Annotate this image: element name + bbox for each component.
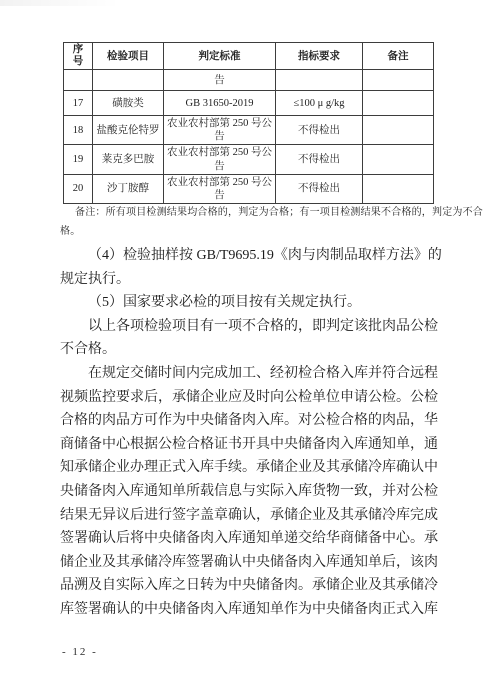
table-row: 17 磺胺类 GB 31650-2019 ≤100 μ g/kg (64, 91, 434, 116)
page-number: - 12 - (62, 646, 98, 658)
cell-standard: 农业农村部第 250 号公告 (164, 116, 276, 145)
body-line: （4）检验抽样按 GB/T9695.19《肉与肉制品取样方法》的 (60, 244, 442, 268)
cell-standard: 告 (164, 70, 276, 91)
cell-requirement: 不得检出 (276, 174, 363, 203)
remarks-note-line: 格。 (60, 222, 440, 241)
remarks-note: 备注：所有项目检测结果均合格的，判定为合格；有一项目检测结果不合格的，判定为不合… (60, 203, 440, 241)
cell-item: 盐酸克伦特罗 (93, 116, 164, 145)
table-row: 20 沙丁胺醇 农业农村部第 250 号公告 不得检出 (64, 174, 434, 203)
cell-remark (363, 174, 434, 203)
body-line: 储企业及其承储冷库签署确认中央储备肉入库通知单后，该肉 (60, 551, 442, 575)
cell-item (93, 70, 164, 91)
body-line: （5）国家要求必检的项目按有关规定执行。 (60, 291, 442, 315)
body-line: 合格的肉品方可作为中央储备肉入库。对公检合格的肉品，华 (60, 409, 442, 433)
table-header-row: 序号 检验项目 判定标准 指标要求 备注 (64, 43, 434, 70)
body-line: 结果无异议后进行签字盖章确认，承储企业及其承储冷库完成 (60, 504, 442, 528)
cell-serial (64, 70, 93, 91)
cell-remark (363, 116, 434, 145)
body-line: 库签署确认的中央储备肉入库通知单作为中央储备肉正式入库 (60, 598, 442, 622)
cell-item: 沙丁胺醇 (93, 174, 164, 203)
header-inspection-item: 检验项目 (93, 43, 164, 70)
scan-artifact (0, 0, 120, 6)
body-line: 商储备中心根据公检合格证书开具中央储备肉入库通知单，通 (60, 433, 442, 457)
header-judgment-standard: 判定标准 (164, 43, 276, 70)
cell-serial: 17 (64, 91, 93, 116)
body-line: 不合格。 (60, 338, 442, 362)
table-row: 19 莱克多巴胺 农业农村部第 250 号公告 不得检出 (64, 145, 434, 174)
header-serial-number: 序号 (64, 43, 93, 70)
body-paragraphs: （4）检验抽样按 GB/T9695.19《肉与肉制品取样方法》的 规定执行。 （… (60, 244, 442, 622)
body-line: 以上各项检验项目有一项不合格的，即判定该批肉品公检 (60, 315, 442, 339)
header-remarks: 备注 (363, 43, 434, 70)
table-carryover-row: 告 (64, 70, 434, 91)
body-line: 视频监控要求后，承储企业应及时向公检单位申请公检。公检 (60, 386, 442, 410)
cell-serial: 18 (64, 116, 93, 145)
table-row: 18 盐酸克伦特罗 农业农村部第 250 号公告 不得检出 (64, 116, 434, 145)
cell-requirement: ≤100 μ g/kg (276, 91, 363, 116)
body-line: 规定执行。 (60, 268, 442, 292)
cell-requirement: 不得检出 (276, 116, 363, 145)
body-line: 在规定交储时间内完成加工、经初检合格入库并符合远程 (60, 362, 442, 386)
cell-remark (363, 145, 434, 174)
cell-requirement: 不得检出 (276, 145, 363, 174)
cell-serial: 20 (64, 174, 93, 203)
remarks-note-line: 备注：所有项目检测结果均合格的，判定为合格；有一项目检测结果不合格的，判定为不合 (60, 203, 440, 222)
cell-standard: GB 31650-2019 (164, 91, 276, 116)
cell-item: 莱克多巴胺 (93, 145, 164, 174)
header-index-requirement: 指标要求 (276, 43, 363, 70)
cell-remark (363, 91, 434, 116)
body-line: 知承储企业办理正式入库手续。承储企业及其承储冷库确认中 (60, 456, 442, 480)
cell-remark (363, 70, 434, 91)
cell-standard: 农业农村部第 250 号公告 (164, 174, 276, 203)
body-line: 品溯及自实际入库之日转为中央储备肉。承储企业及其承储冷 (60, 574, 442, 598)
document-page: 序号 检验项目 判定标准 指标要求 备注 告 17 磺胺类 GB 31650-2… (0, 0, 494, 700)
body-line: 签署确认后将中央储备肉入库通知单递交给华商储备中心。承 (60, 527, 442, 551)
cell-standard: 农业农村部第 250 号公告 (164, 145, 276, 174)
cell-requirement (276, 70, 363, 91)
inspection-items-table: 序号 检验项目 判定标准 指标要求 备注 告 17 磺胺类 GB 31650-2… (63, 42, 434, 204)
cell-item: 磺胺类 (93, 91, 164, 116)
body-line: 央储备肉入库通知单所载信息与实际入库货物一致，并对公检 (60, 480, 442, 504)
cell-serial: 19 (64, 145, 93, 174)
